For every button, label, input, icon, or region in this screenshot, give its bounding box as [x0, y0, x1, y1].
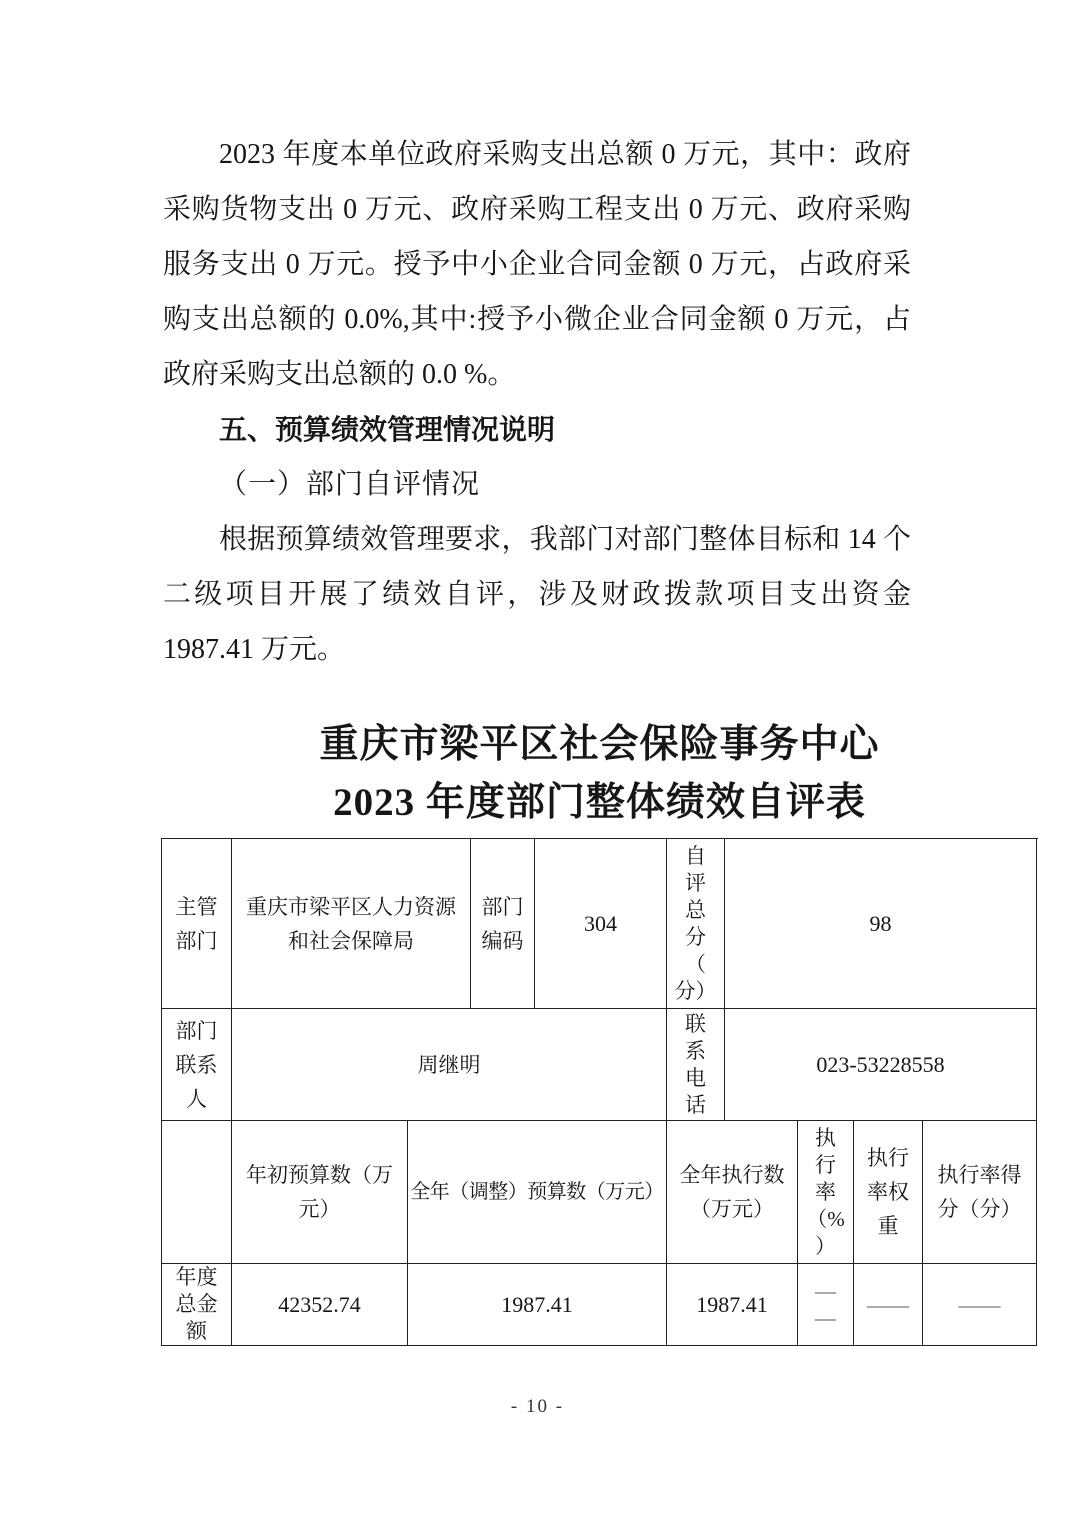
cell-header-rate-score: 执行率得分（分）: [923, 1121, 1037, 1264]
table-title: 重庆市梁平区社会保险事务中心 2023 年度部门整体绩效自评表: [161, 716, 1038, 832]
cell-header-execution: 全年执行数（万元）: [667, 1121, 798, 1264]
paragraph-procurement: 2023 年度本单位政府采购支出总额 0 万元，其中：政府采购货物支出 0 万元…: [163, 127, 911, 402]
table-row: 部门 联系 人 周继明 联 系 电 话 023-53228558: [162, 1009, 1038, 1121]
table-title-line1: 重庆市梁平区社会保险事务中心: [161, 716, 1038, 774]
cell-header-rate-weight: 执行 率权 重: [854, 1121, 923, 1264]
cell-self-score-label: 自 评 总 分 （ 分）: [667, 839, 725, 1009]
page-number: - 10 -: [0, 1396, 1075, 1418]
cell-execution-value: 1987.41: [667, 1264, 798, 1346]
cell-initial-budget-value: 42352.74: [232, 1264, 408, 1346]
document-page: 2023 年度本单位政府采购支出总额 0 万元，其中：政府采购货物支出 0 万元…: [0, 0, 1075, 1520]
cell-annual-total-label: 年度 总金 额: [162, 1264, 232, 1346]
cell-rate-score-value: ——: [923, 1264, 1037, 1346]
cell-adjusted-budget-value: 1987.41: [408, 1264, 667, 1346]
subsection-heading: （一）部门自评情况: [163, 457, 911, 512]
cell-contact-label: 部门 联系 人: [162, 1009, 232, 1121]
cell-rate-weight-value: ——: [854, 1264, 923, 1346]
cell-header-execution-rate: 执 行 率 （% ）: [798, 1121, 854, 1264]
cell-corner-empty: [162, 1121, 232, 1264]
performance-self-evaluation-table: 主管 部门 重庆市梁平区人力资源和社会保障局 部门 编码 304 自 评 总 分…: [161, 838, 1038, 1346]
cell-supervisor-dept-label: 主管 部门: [162, 839, 232, 1009]
table-row: 主管 部门 重庆市梁平区人力资源和社会保障局 部门 编码 304 自 评 总 分…: [162, 839, 1038, 1009]
table-title-line2: 2023 年度部门整体绩效自评表: [161, 774, 1038, 832]
cell-self-score-value: 98: [725, 839, 1037, 1009]
paragraph-self-evaluation: 根据预算绩效管理要求，我部门对部门整体目标和 14 个二级项目开展了绩效自评，涉…: [163, 512, 911, 677]
table-header-row: 年初预算数（万元） 全年（调整）预算数（万元） 全年执行数（万元） 执 行 率 …: [162, 1121, 1038, 1264]
cell-phone-value: 023-53228558: [725, 1009, 1037, 1121]
cell-contact-value: 周继明: [232, 1009, 667, 1121]
body-text-block: 2023 年度本单位政府采购支出总额 0 万元，其中：政府采购货物支出 0 万元…: [163, 127, 911, 677]
cell-supervisor-dept-value: 重庆市梁平区人力资源和社会保障局: [232, 839, 471, 1009]
cell-dept-code-label: 部门 编码: [471, 839, 535, 1009]
section-heading: 五、预算绩效管理情况说明: [163, 402, 911, 457]
cell-execution-rate-value: — —: [798, 1264, 854, 1346]
cell-phone-label: 联 系 电 话: [667, 1009, 725, 1121]
cell-header-adjusted-budget: 全年（调整）预算数（万元）: [408, 1121, 667, 1264]
cell-dept-code-value: 304: [535, 839, 667, 1009]
cell-header-initial-budget: 年初预算数（万元）: [232, 1121, 408, 1264]
table-row: 年度 总金 额 42352.74 1987.41 1987.41 — — —— …: [162, 1264, 1038, 1346]
